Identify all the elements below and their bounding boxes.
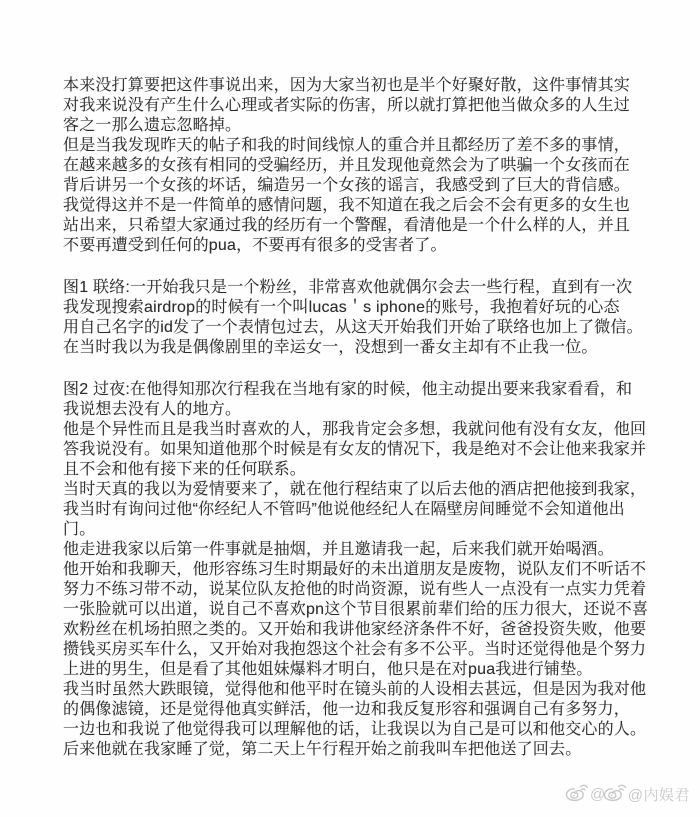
text-line: 门。	[63, 520, 649, 540]
paragraph-block-intro: 本来没打算要把这件事说出来，因为大家当初也是半个好聚好散，这件事情其实 对我来说…	[63, 76, 649, 256]
text-line: 但是当我发现昨天的帖子和我的时间线惊人的重合并且都经历了差不多的事情，	[63, 136, 649, 156]
text-line: 我当时有询问过他“你经纪人不管吗”他说他经纪人在隔壁房间睡觉不会知道他出	[63, 500, 649, 520]
text-line: 站出来，只希望大家通过我的经历有一个警醒，看清他是一个什么样的人，并且	[63, 216, 649, 236]
text-line: 他开始和我聊天，他形容练习生时期最好的未出道朋友是废物，说队友们不听话不	[63, 560, 649, 580]
text-line: 我说想去没有人的地方。	[63, 400, 649, 420]
text-line: 一边也和我说了他觉得我可以理解他的话，让我误以为自己是可以和他交心的人。	[63, 720, 649, 740]
text-line: 且不会和他有接下来的任何联系。	[63, 460, 649, 480]
weibo-logo-icon	[565, 782, 589, 806]
text-line: 当时天真的我以为爱情要来了，就在他行程结束了以后去他的酒店把他接到我家，	[63, 480, 649, 500]
text-line: 图1 联络:一开始我只是一个粉丝，非常喜欢他就偶尔会去一些行程，直到有一次	[63, 278, 649, 298]
watermark-handle: @内娱君	[628, 784, 690, 805]
text-line: 图2 过夜:在他得知那次行程我在当地有家的时候，他主动提出要来我家看看，和	[63, 380, 649, 400]
text-line: 他是个异性而且是我当时喜欢的人，那我肯定会多想，我就问他有没有女友，他回	[63, 420, 649, 440]
screenshot-page: 本来没打算要把这件事说出来，因为大家当初也是半个好聚好散，这件事情其实 对我来说…	[0, 0, 700, 817]
text-line: 在当时我以为我是偶像剧里的幸运女一，没想到一番女主却有不止我一位。	[63, 338, 649, 358]
text-line: 我发现搜索airdrop的时候有一个叫lucas＇s iphone的账号，我抱着…	[63, 298, 649, 318]
text-line: 攒钱买房买车什么，又开始对我抱怨这个社会有多不公平。当时还觉得他是个努力	[63, 640, 649, 660]
text-line: 一张脸就可以出道，说自己不喜欢pn这个节目很累前辈们给的压力很大，还说不喜	[63, 600, 649, 620]
text-line: 努力不练习带不动，说某位队友抢他的时尚资源，说有些人一点没有一点实力凭着	[63, 580, 649, 600]
text-line: 对我来说没有产生什么心理或者实际的伤害，所以就打算把他当做众多的人生过	[63, 96, 649, 116]
text-line: 答我说没有。如果知道他那个时候是有女友的情况下，我是绝对不会让他来我家并	[63, 440, 649, 460]
paragraph-block-fig2-overnight: 图2 过夜:在他得知那次行程我在当地有家的时候，他主动提出要来我家看看，和 我说…	[63, 380, 649, 760]
text-line: 欢粉丝在机场拍照之类的。又开始和我讲他家经济条件不好，爸爸投资失败，他要	[63, 620, 649, 640]
text-line: 我当时虽然大跌眼镜，觉得他和他平时在镜头前的人设相去甚远，但是因为我对他	[63, 680, 649, 700]
text-line: 用自己名字的id发了一个表情包过去，从这天开始我们开始了联络也加上了微信。	[63, 318, 649, 338]
text-line: 后来他就在我家睡了觉，第二天上午行程开始之前我叫车把他送了回去。	[63, 740, 649, 760]
text-line: 客之一那么遗忘忽略掉。	[63, 116, 649, 136]
weibo-logo-icon	[603, 782, 627, 806]
paragraph-block-fig1-contact: 图1 联络:一开始我只是一个粉丝，非常喜欢他就偶尔会去一些行程，直到有一次 我发…	[63, 278, 649, 358]
text-line: 我觉得这并不是一件简单的感情问题，我不知道在我之后会不会有更多的女生也	[63, 196, 649, 216]
post-text-content: 本来没打算要把这件事说出来，因为大家当初也是半个好聚好散，这件事情其实 对我来说…	[63, 76, 649, 760]
text-line: 上进的男生，但是看了其他姐妹爆料才明白，他只是在对pua我进行铺垫。	[63, 660, 649, 680]
watermark: @ @内娱君	[564, 782, 690, 806]
text-line: 背后讲另一个女孩的坏话，编造另一个女孩的谣言，我感受到了巨大的背信感。	[63, 176, 649, 196]
text-line: 他走进我家以后第一件事就是抽烟，并且邀请我一起，后来我们就开始喝酒。	[63, 540, 649, 560]
text-line: 在越来越多的女孩有相同的受骗经历，并且发现他竟然会为了哄骗一个女孩而在	[63, 156, 649, 176]
text-line: 不要再遭受到任何的pua，不要再有很多的受害者了。	[63, 236, 649, 256]
text-line: 的偶像滤镜，还是觉得他真实鲜活，他一边和我反复形容和强调自己有多努力，	[63, 700, 649, 720]
text-line: 本来没打算要把这件事说出来，因为大家当初也是半个好聚好散，这件事情其实	[63, 76, 649, 96]
